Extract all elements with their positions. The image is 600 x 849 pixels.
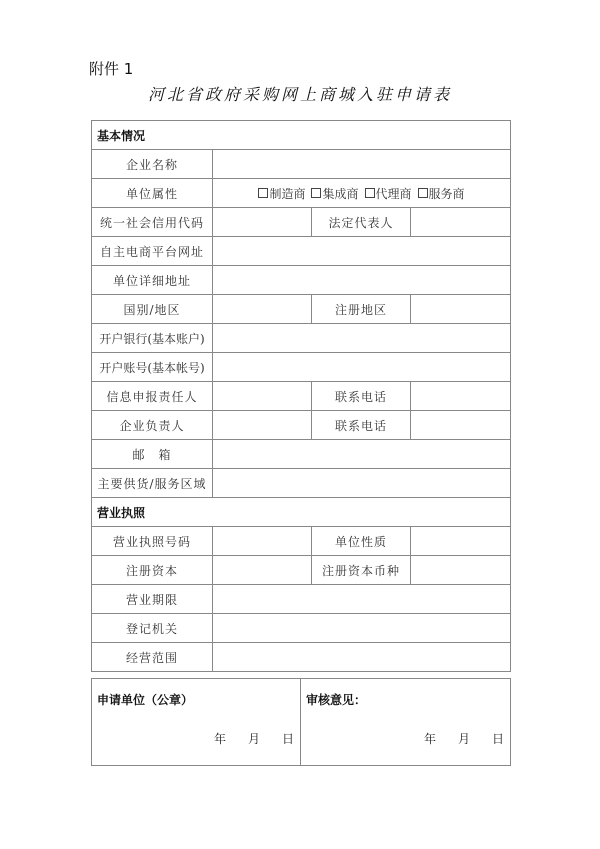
section-business-license: 营业执照 [92, 498, 511, 527]
checkbox-icon[interactable] [258, 188, 268, 198]
checkbox-icon[interactable] [418, 188, 428, 198]
review-date: 年 月 日 [424, 730, 504, 747]
applicant-seal-cell[interactable]: 申请单位（公章） 年 月 日 [92, 679, 301, 766]
signature-table: 申请单位（公章） 年 月 日 审核意见： 年 月 日 [91, 678, 511, 766]
checkbox-icon[interactable] [365, 188, 375, 198]
section-basic-info: 基本情况 [92, 121, 511, 150]
label-platform-url: 自主电商平台网址 [92, 237, 213, 266]
label-credit-code: 统一社会信用代码 [92, 208, 213, 237]
label-phone-2: 联系电话 [312, 411, 411, 440]
form-title: 河北省政府采购网上商城入驻申请表 [0, 82, 600, 105]
label-reg-capital: 注册资本 [92, 556, 213, 585]
field-legal-rep[interactable] [411, 208, 511, 237]
label-company-head: 企业负责人 [92, 411, 213, 440]
label-email: 邮 箱 [92, 440, 213, 469]
field-country-region[interactable] [213, 295, 312, 324]
field-phone-1[interactable] [411, 382, 511, 411]
review-label: 审核意见： [306, 691, 366, 708]
field-license-no[interactable] [213, 527, 312, 556]
field-term[interactable] [213, 585, 511, 614]
field-address[interactable] [213, 266, 511, 295]
label-scope: 经营范围 [92, 643, 213, 672]
label-country-region: 国别/地区 [92, 295, 213, 324]
option-manufacturer[interactable]: 制造商 [258, 185, 305, 202]
applicant-label: 申请单位（公章） [97, 691, 193, 708]
field-bank[interactable] [213, 324, 511, 353]
applicant-date: 年 月 日 [214, 730, 294, 747]
option-agent[interactable]: 代理商 [365, 185, 412, 202]
field-company-name[interactable] [213, 150, 511, 179]
field-info-contact[interactable] [213, 382, 312, 411]
label-address: 单位详细地址 [92, 266, 213, 295]
label-bank: 开户银行(基本账户) [92, 324, 213, 353]
label-reg-region: 注册地区 [312, 295, 411, 324]
field-email[interactable] [213, 440, 511, 469]
label-unit-attribute: 单位属性 [92, 179, 213, 208]
field-platform-url[interactable] [213, 237, 511, 266]
label-phone-1: 联系电话 [312, 382, 411, 411]
field-phone-2[interactable] [411, 411, 511, 440]
field-unit-attribute: 制造商 集成商 代理商 服务商 [213, 179, 511, 208]
label-capital-currency: 注册资本币种 [312, 556, 411, 585]
application-form-table: 基本情况 企业名称 单位属性 制造商 集成商 代理商 服务商 统一社会信用代码 … [91, 120, 511, 672]
label-unit-nature: 单位性质 [312, 527, 411, 556]
label-account: 开户账号(基本帐号) [92, 353, 213, 382]
field-scope[interactable] [213, 643, 511, 672]
field-account[interactable] [213, 353, 511, 382]
label-info-contact: 信息申报责任人 [92, 382, 213, 411]
field-authority[interactable] [213, 614, 511, 643]
attachment-label: 附件 1 [89, 58, 133, 79]
label-license-no: 营业执照号码 [92, 527, 213, 556]
label-authority: 登记机关 [92, 614, 213, 643]
label-service-area: 主要供货/服务区域 [92, 469, 213, 498]
label-legal-rep: 法定代表人 [312, 208, 411, 237]
field-reg-region[interactable] [411, 295, 511, 324]
field-capital-currency[interactable] [411, 556, 511, 585]
field-company-head[interactable] [213, 411, 312, 440]
label-term: 营业期限 [92, 585, 213, 614]
field-credit-code[interactable] [213, 208, 312, 237]
label-company-name: 企业名称 [92, 150, 213, 179]
option-service-provider[interactable]: 服务商 [418, 185, 465, 202]
checkbox-icon[interactable] [311, 188, 321, 198]
field-reg-capital[interactable] [213, 556, 312, 585]
field-unit-nature[interactable] [411, 527, 511, 556]
field-service-area[interactable] [213, 469, 511, 498]
option-integrator[interactable]: 集成商 [311, 185, 358, 202]
review-opinion-cell[interactable]: 审核意见： 年 月 日 [301, 679, 511, 766]
